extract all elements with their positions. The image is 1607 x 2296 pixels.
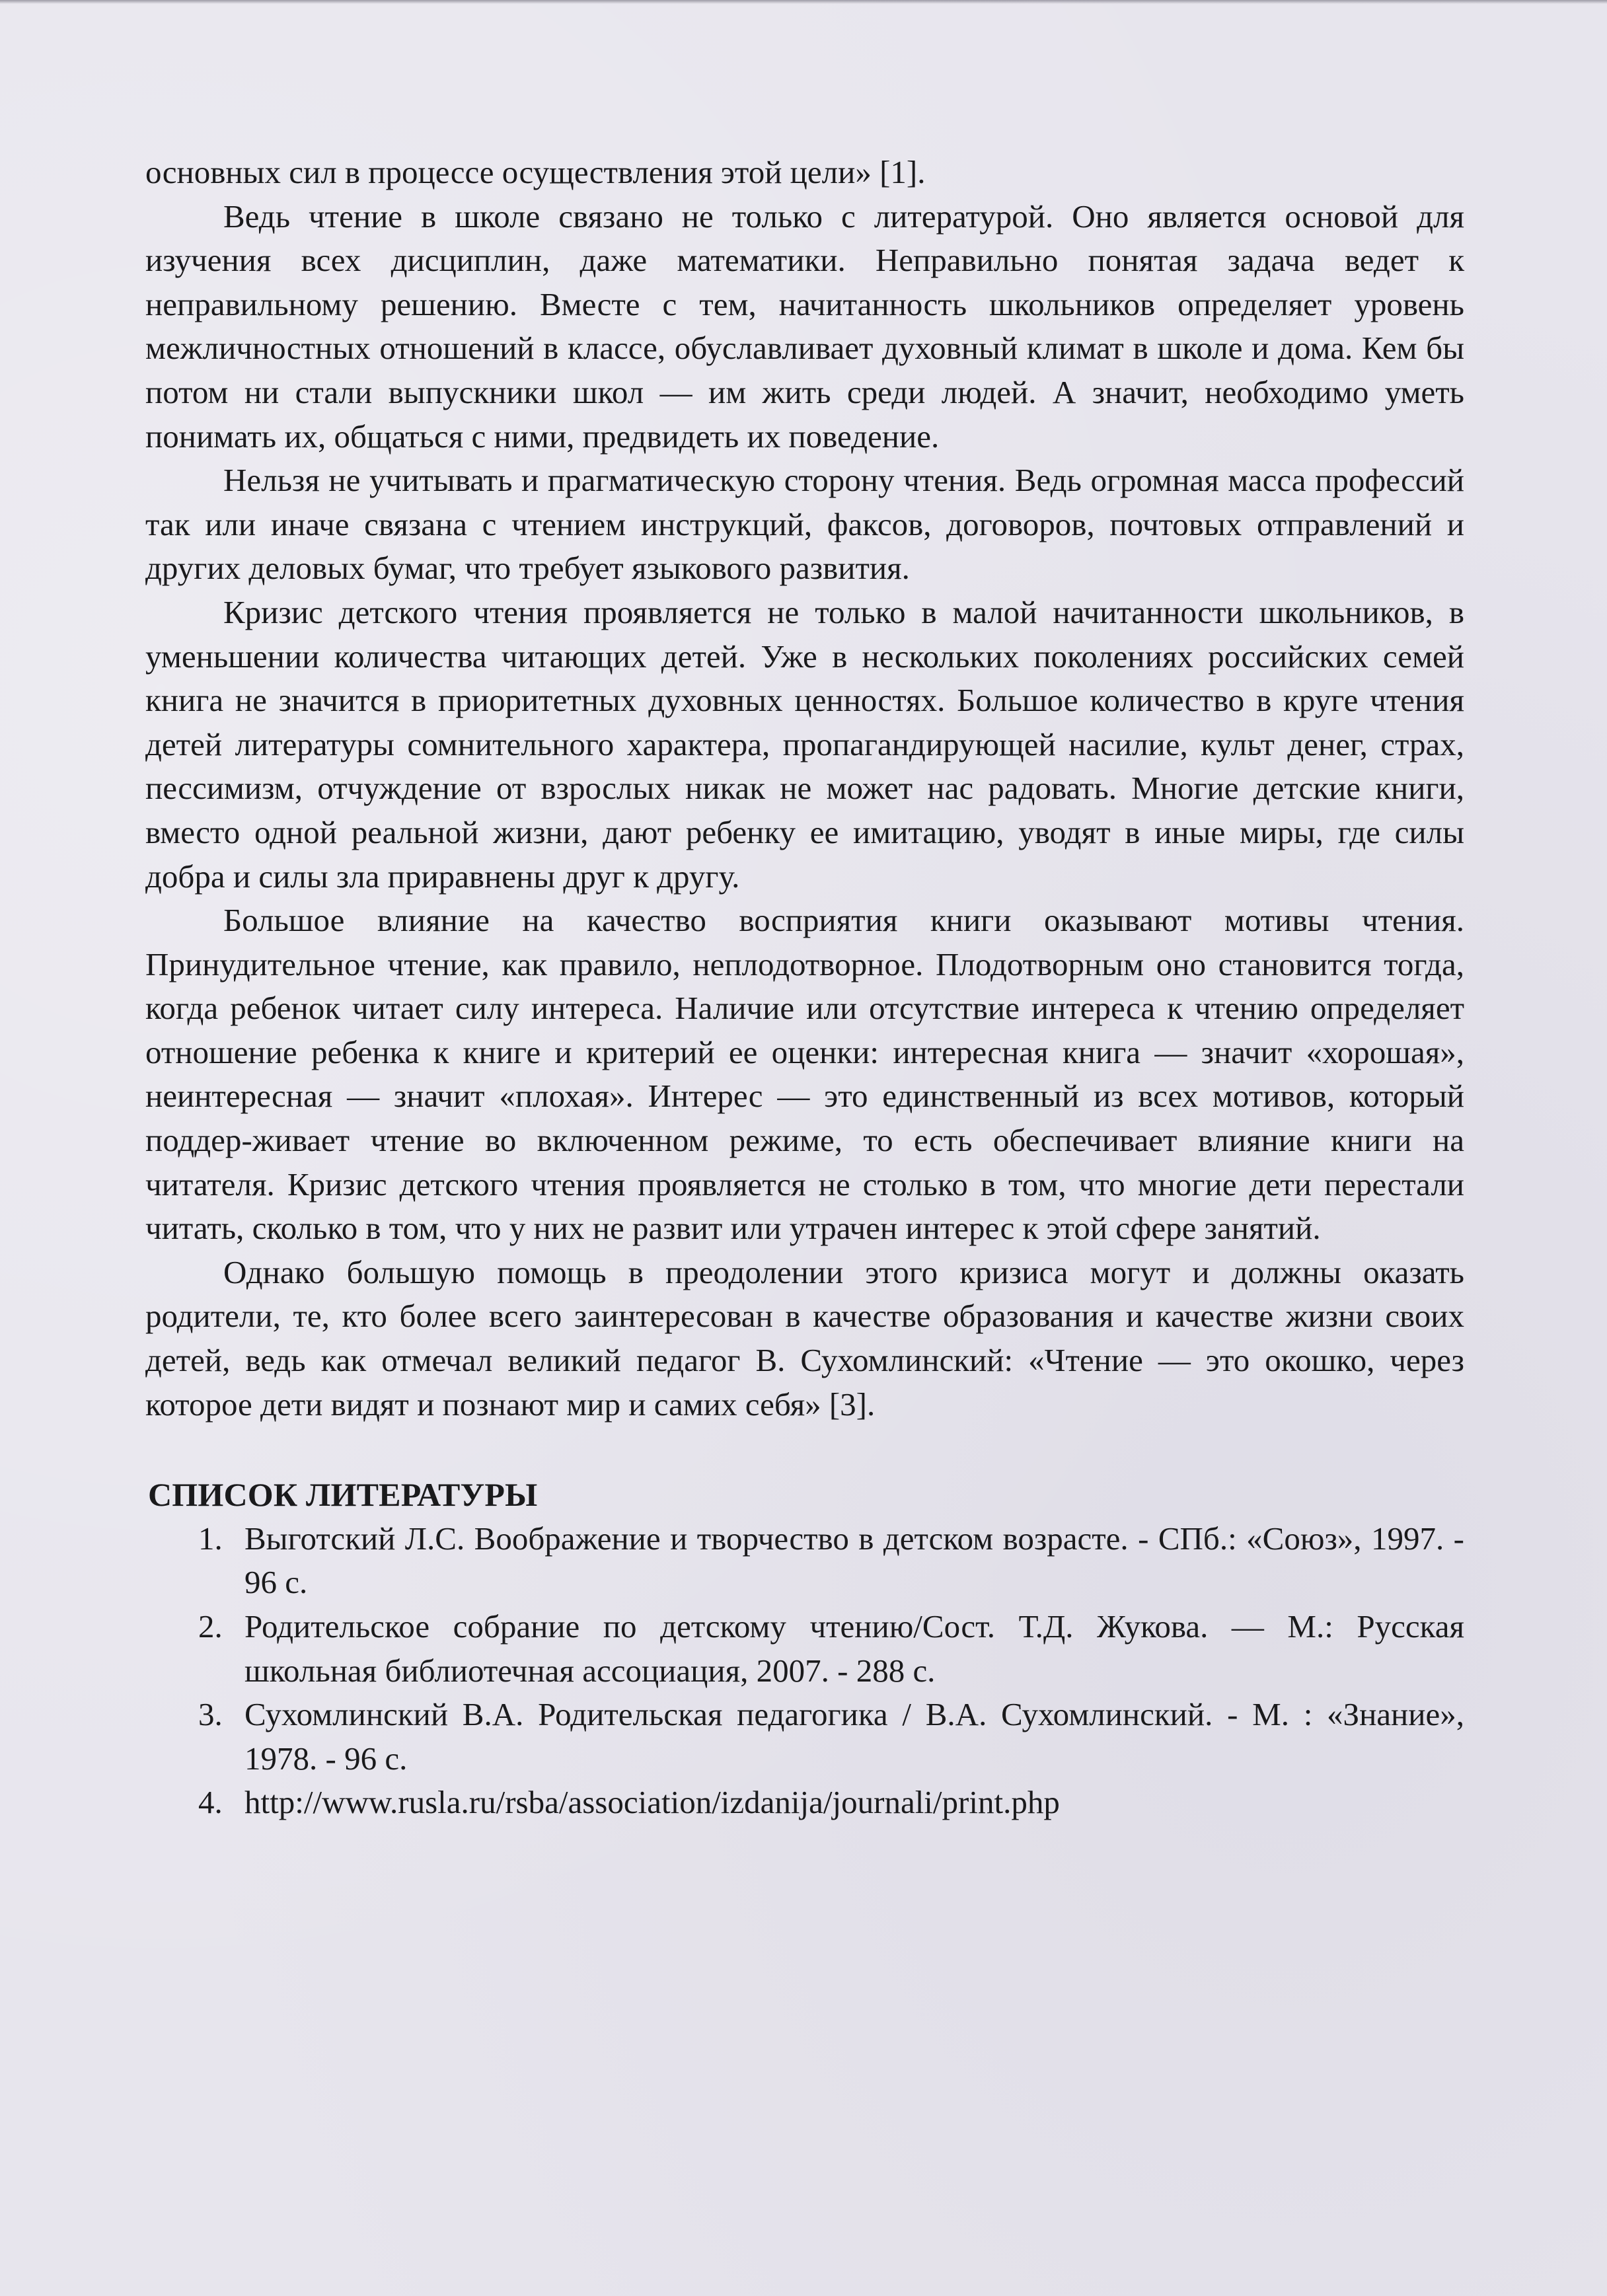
reference-number: 3.	[198, 1693, 223, 1737]
references-list: 1. Выготский Л.С. Воображение и творчест…	[145, 1517, 1464, 1825]
reference-item: 2. Родительское собрание по детскому чте…	[145, 1605, 1464, 1693]
reference-text: Сухомлинский В.А. Родительская педагогик…	[244, 1693, 1464, 1781]
paragraph-reading-motives: Большое влияние на качество восприятия к…	[145, 899, 1464, 1251]
reference-item: 1. Выготский Л.С. Воображение и творчест…	[145, 1517, 1464, 1605]
paragraph-pragmatic-reading: Нельзя не учитывать и прагматическую сто…	[145, 459, 1464, 591]
document-page: основных сил в процессе осуществления эт…	[145, 151, 1464, 1825]
paragraph-reading-crisis: Кризис детского чтения проявляется не то…	[145, 591, 1464, 899]
reference-item: 3. Сухомлинский В.А. Родительская педаго…	[145, 1693, 1464, 1781]
paragraph-continuation: основных сил в процессе осуществления эт…	[145, 151, 1464, 195]
reference-number: 4.	[198, 1781, 223, 1825]
reference-url: http://www.rusla.ru/rsba/association/izd…	[244, 1781, 1464, 1825]
reference-item: 4. http://www.rusla.ru/rsba/association/…	[145, 1781, 1464, 1825]
reference-text: Родительское собрание по детскому чтению…	[244, 1605, 1464, 1693]
reference-number: 2.	[198, 1605, 223, 1649]
references-heading: СПИСОК ЛИТЕРАТУРЫ	[148, 1473, 1464, 1517]
paragraph-reading-in-school: Ведь чтение в школе связано не только с …	[145, 195, 1464, 459]
scan-edge	[0, 0, 1607, 4]
reference-text: Выготский Л.С. Воображение и творчество …	[244, 1517, 1464, 1605]
reference-number: 1.	[198, 1517, 223, 1561]
paragraph-parents-role: Однако большую помощь в преодолении этог…	[145, 1251, 1464, 1426]
